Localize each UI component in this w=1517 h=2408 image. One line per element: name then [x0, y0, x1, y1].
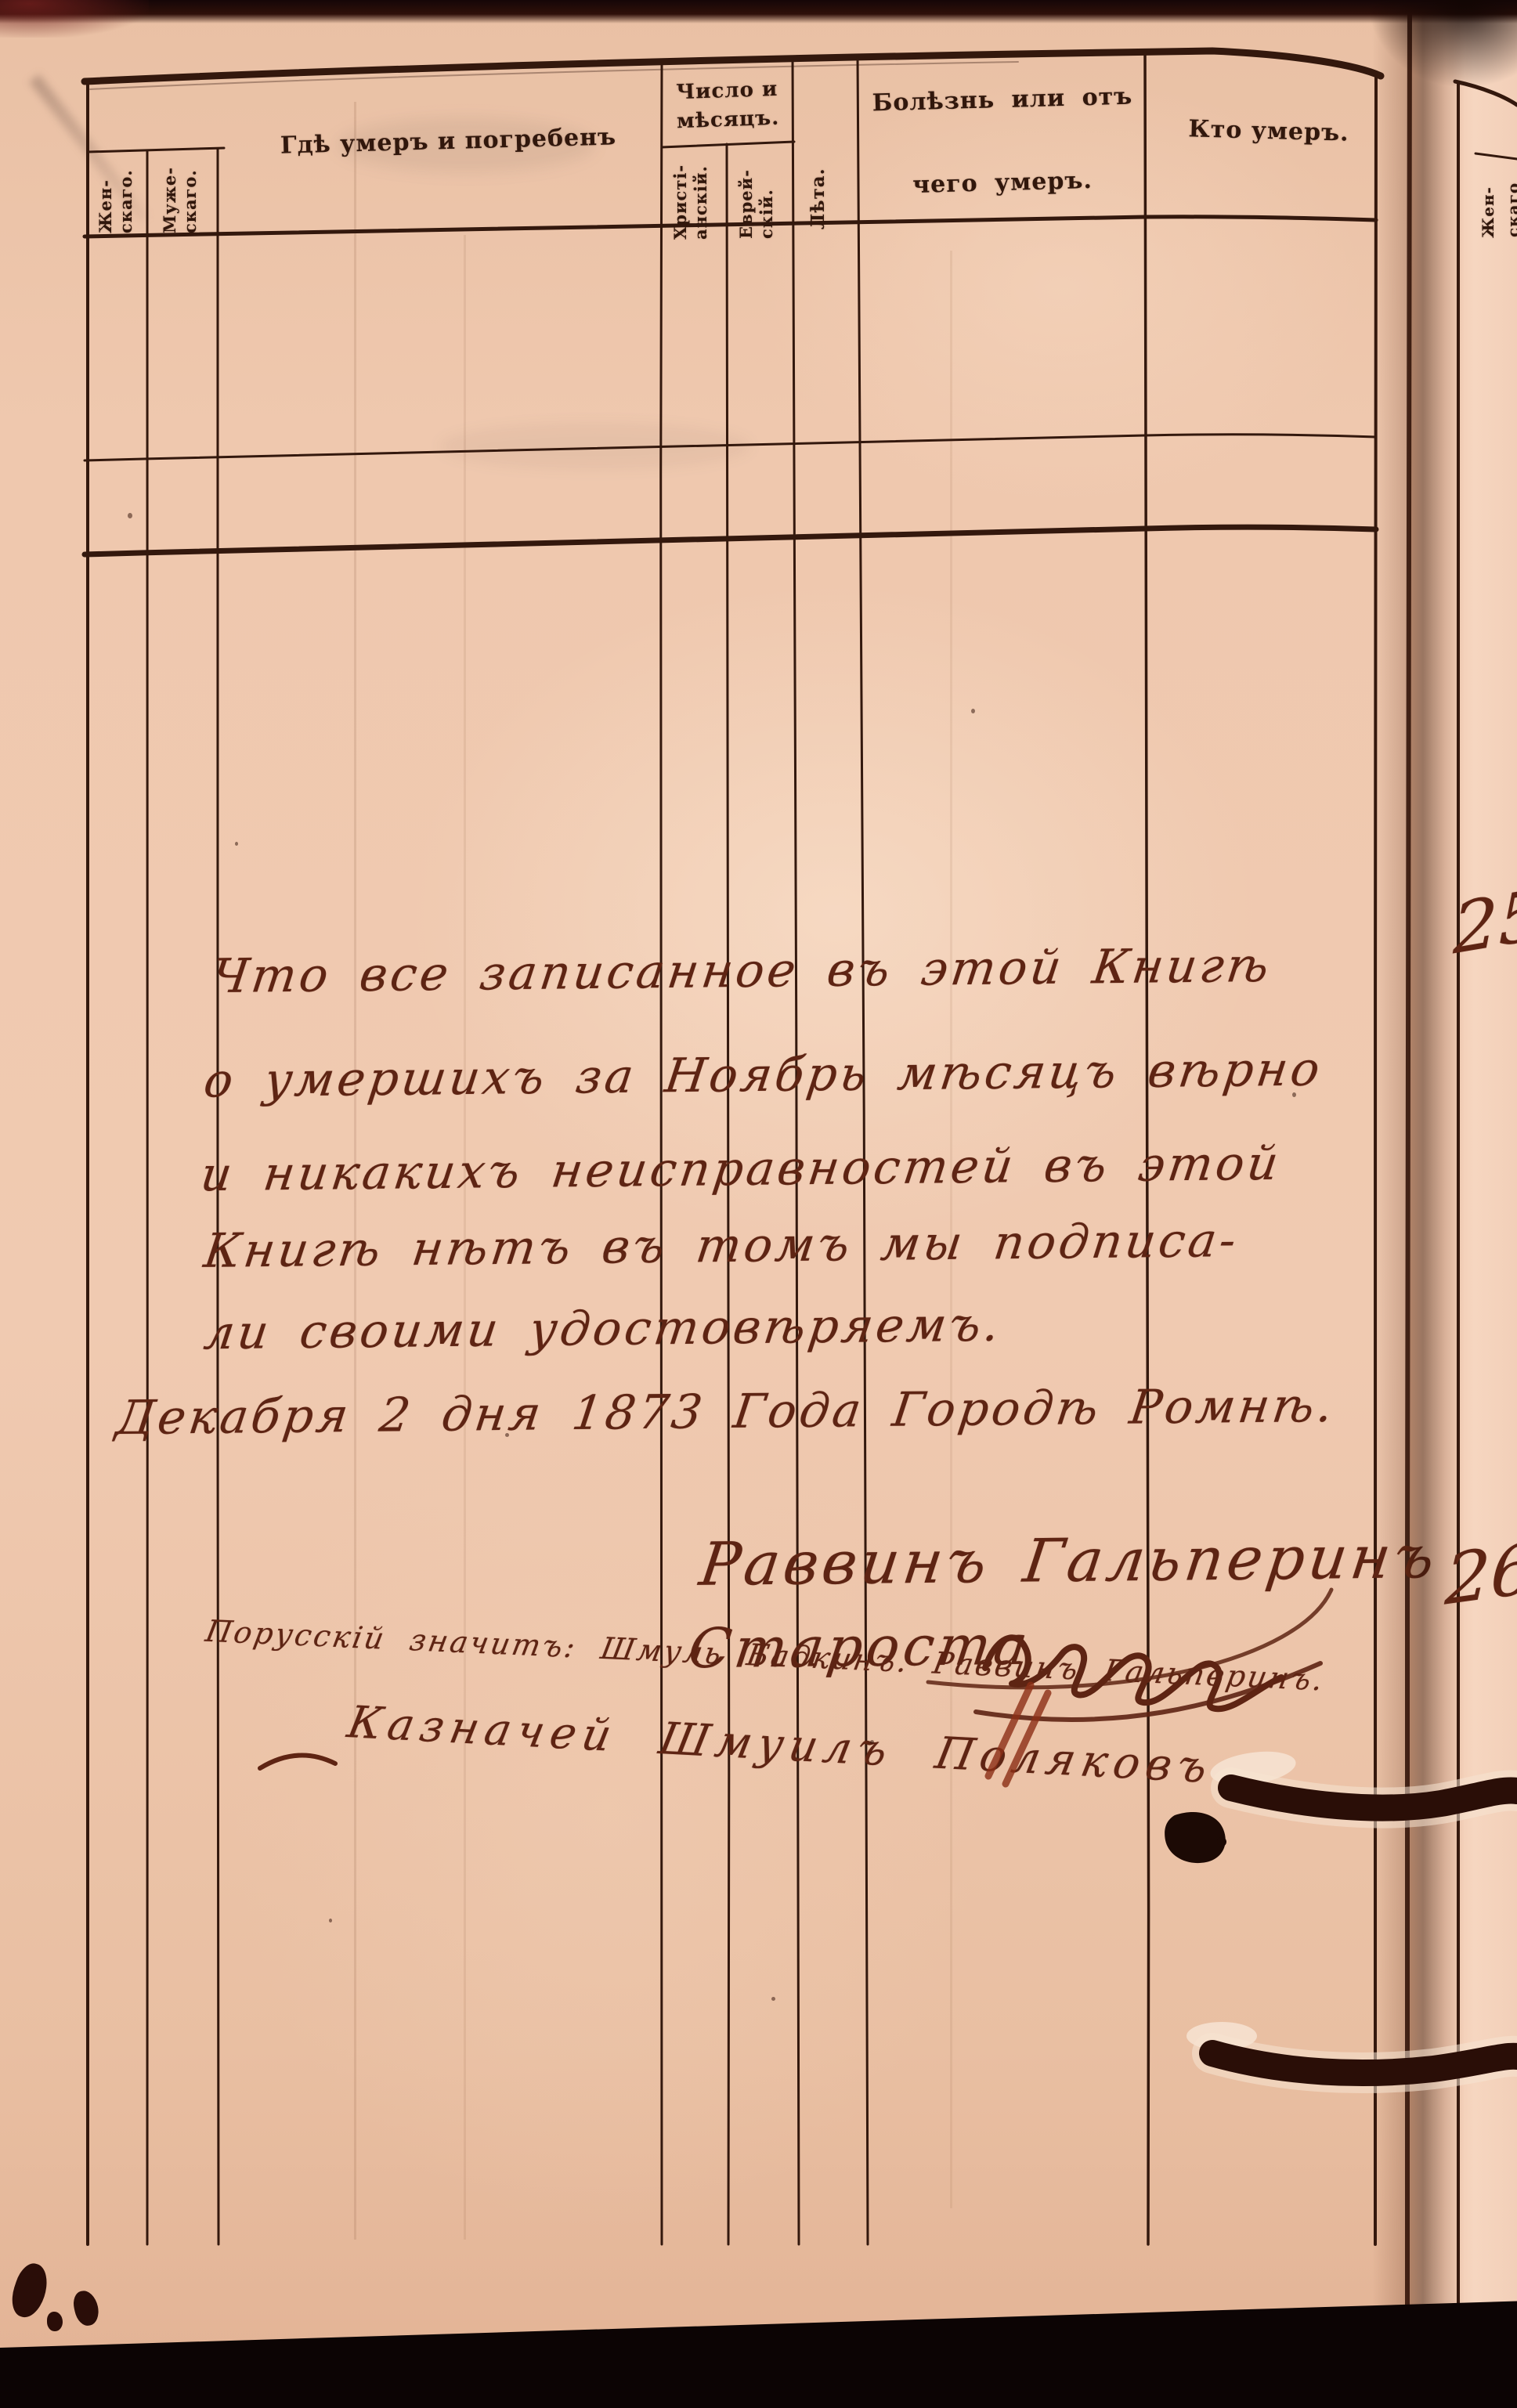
- binding-threads: [0, 0, 1517, 2408]
- register-page-scan: Жен- скаго. Муже- скаго. Гдѣ умеръ и пог…: [0, 0, 1517, 2408]
